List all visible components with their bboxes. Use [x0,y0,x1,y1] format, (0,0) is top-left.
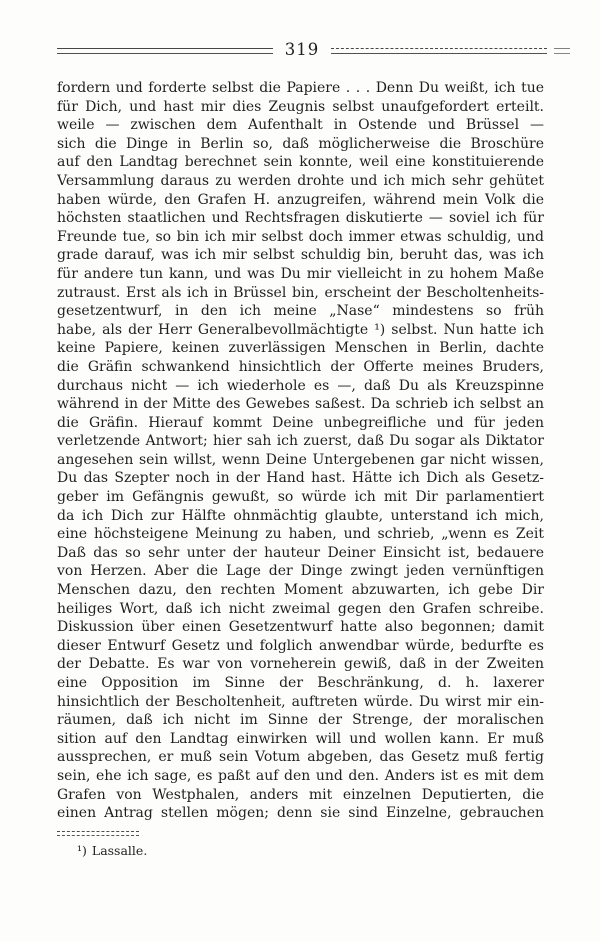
header-rule-left [57,48,273,54]
page-header: 319 [57,42,570,60]
text-line: geber im Gefängnis gewußt, so würde ich … [57,488,544,507]
footnote-text: Lassalle. [92,843,147,858]
text-line: fordern und forderte selbst die Papiere … [57,79,544,98]
text-line: durchaus nicht — ich wiederhole es —, da… [57,377,544,396]
text-line: verletzende Antwort; hier sah ich zuerst… [57,432,544,451]
text-line: Daß das so sehr unter der hauteur Deiner… [57,544,544,563]
text-line: höchsten staatlichen und Rechtsfragen di… [57,209,544,228]
header-rule-fragment [554,48,570,54]
text-line: die Gräfin schwankend hinsichtlich der O… [57,358,544,377]
text-line: für andere tun kann, und was Du mir viel… [57,265,544,284]
text-line: die Gräfin. Hierauf kommt Deine unbegrei… [57,414,544,433]
header-rule-right [331,48,547,54]
text-line: Versammlung daraus zu werden drohte und … [57,172,544,191]
footnote: ¹)Lassalle. [77,843,147,859]
text-line: eine Opposition im Sinne der Beschränkun… [57,674,544,693]
page-number: 319 [273,41,332,59]
text-line: räumen, daß ich nicht im Sinne der Stren… [57,711,544,730]
footnote-marker: ¹) [77,843,87,858]
text-line: dieser Entwurf Gesetz und folglich anwen… [57,637,544,656]
text-line: hinsichtlich der Bescholtenheit, auftret… [57,693,544,712]
text-line: haben würde, den Grafen H. anzugreifen, … [57,191,544,210]
text-line: Du das Szepter noch in der Hand hast. Hä… [57,469,544,488]
text-line: sein, ehe ich sage, es paßt auf den und … [57,767,544,786]
text-line: für Dich, und hast mir dies Zeugnis selb… [57,98,544,117]
text-line: einen Antrag stellen mögen; denn sie sin… [57,804,544,823]
text-line: aussprechen, er muß sein Votum abgeben, … [57,748,544,767]
text-line: auf den Landtag berechnet sein konnte, w… [57,153,544,172]
text-line: da ich Dich zur Hälfte ohnmächtig glaubt… [57,507,544,526]
text-line: Freunde tue, so bin ich mir selbst doch … [57,228,544,247]
text-line: eine höchsteigene Meinung zu haben, und … [57,525,544,544]
text-line: grade darauf, was ich mir selbst schuldi… [57,246,544,265]
text-line: weile — zwischen dem Aufenthalt in Osten… [57,116,544,135]
text-line: keine Papiere, keinen zuverlässigen Mens… [57,339,544,358]
text-line: zutraust. Erst als ich in Brüssel bin, e… [57,284,544,303]
text-line: heiliges Wort, daß ich nicht zweimal geg… [57,600,544,619]
text-line: der Debatte. Es war von vorneherein gewi… [57,655,544,674]
text-line: angesehen sein willst, wenn Deine Unterg… [57,451,544,470]
page-text: fordern und forderte selbst die Papiere … [57,79,544,823]
text-line: sition auf den Landtag einwirken will un… [57,730,544,749]
text-line: Menschen dazu, den rechten Moment abzuwa… [57,581,544,600]
text-line: Grafen von Westphalen, anders mit einzel… [57,786,544,805]
book-page: 319 fordern und forderte selbst die Papi… [0,0,600,942]
text-line: von Herzen. Aber die Lage der Dinge zwin… [57,562,544,581]
text-line: während in der Mitte des Gewebes saßest.… [57,395,544,414]
text-line: sich die Dinge in Berlin so, daß möglich… [57,135,544,154]
text-line: gesetzentwurf, in den ich meine „Nase“ m… [57,302,544,321]
footnote-separator [57,831,139,836]
text-line: habe, als der Herr Generalbevollmächtigt… [57,321,544,340]
text-line: Diskussion über einen Gesetzentwurf hatt… [57,618,544,637]
